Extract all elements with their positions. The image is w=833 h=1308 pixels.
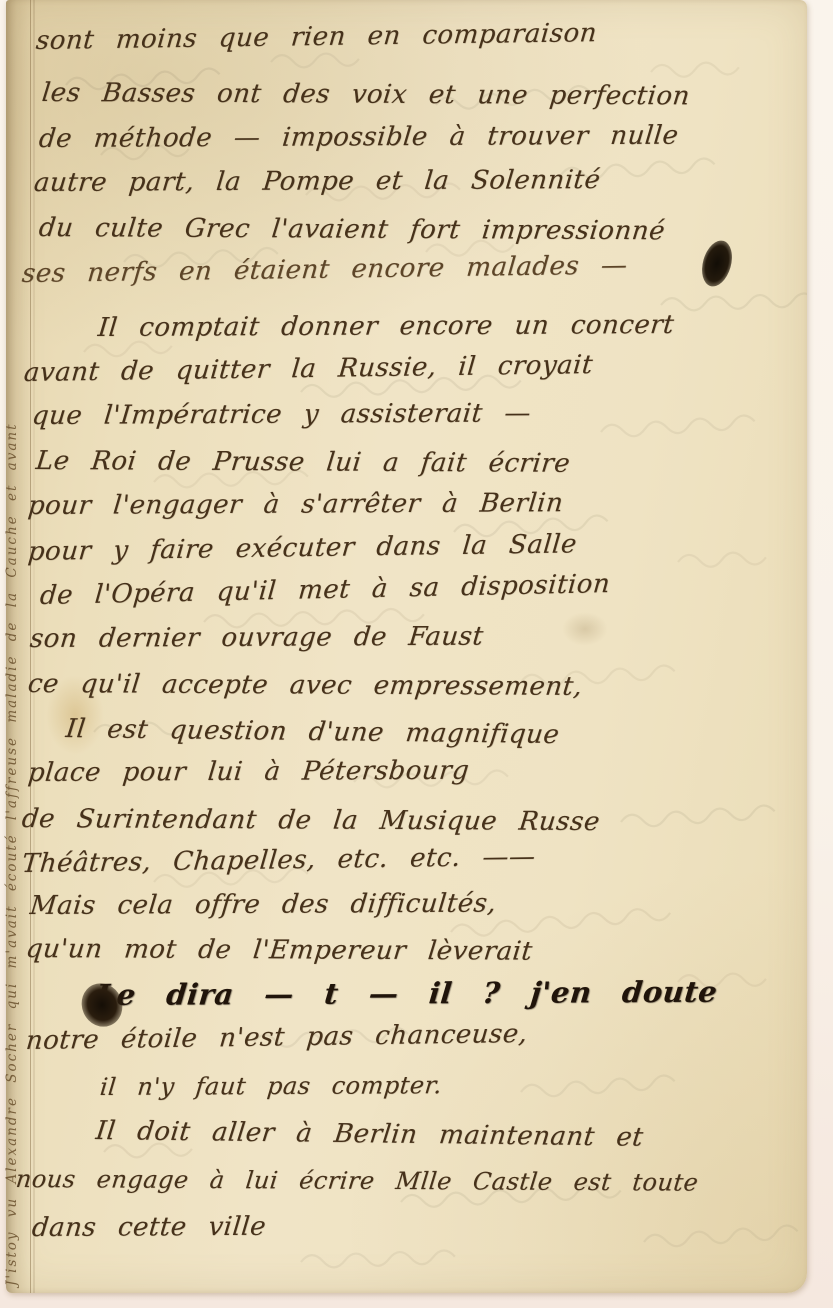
ink-blot bbox=[697, 237, 737, 290]
handwritten-line: de Surintendant de la Musique Russe bbox=[20, 804, 601, 837]
manuscript-scan: sont moins que rien en comparaison les B… bbox=[0, 0, 833, 1308]
handwritten-line: ce qu'il accepte avec empressement, bbox=[26, 669, 584, 702]
handwritten-line: nous engage à lui écrire Mlle Castle est… bbox=[14, 1165, 699, 1197]
handwritten-line: qu'un mot de l'Empereur lèverait bbox=[24, 934, 534, 967]
handwritten-line: Théâtres, Chapelles, etc. etc. —— bbox=[21, 842, 537, 879]
paper-stain bbox=[562, 612, 608, 646]
handwritten-line: dans cette ville bbox=[31, 1212, 268, 1243]
handwritten-line: place pour lui à Pétersbourg bbox=[27, 756, 471, 788]
handwritten-line: Il est question d'une magnifique bbox=[64, 714, 561, 750]
handwritten-line: pour l'engager à s'arrêter à Berlin bbox=[27, 488, 565, 521]
handwritten-line: pour y faire exécuter dans la Salle bbox=[27, 529, 579, 567]
handwritten-line: son dernier ouvrage de Faust bbox=[29, 622, 486, 654]
handwritten-line: du culte Grec l'avaient fort impressionn… bbox=[37, 213, 666, 246]
handwritten-line: Mais cela offre des difficultés, bbox=[29, 889, 498, 921]
handwritten-line: de méthode — impossible à trouver nulle bbox=[38, 121, 680, 154]
letter-page: sont moins que rien en comparaison les B… bbox=[6, 0, 807, 1293]
handwritten-line: Le Roi de Prusse lui a fait écrire bbox=[34, 446, 571, 479]
handwritten-line-overwritten: Le dira — t — il ? j'en doute bbox=[94, 975, 719, 1012]
handwritten-line: que l'Impératrice y assisterait — bbox=[31, 398, 533, 431]
handwritten-line: il n'y faut pas compter. bbox=[99, 1071, 444, 1101]
handwritten-line: Il comptait donner encore un concert bbox=[97, 310, 676, 343]
handwritten-line: de l'Opéra qu'il met à sa disposition bbox=[39, 569, 612, 611]
handwritten-line: les Basses ont des voix et une perfectio… bbox=[40, 78, 691, 111]
handwritten-line: ses nerfs en étaient encore malades — bbox=[21, 251, 629, 289]
handwritten-line: Il doit aller à Berlin maintenant et bbox=[94, 1116, 645, 1153]
handwritten-line: sont moins que rien en comparaison bbox=[35, 18, 599, 56]
handwritten-line: avant de quitter la Russie, il croyait bbox=[23, 350, 595, 388]
handwritten-line: autre part, la Pompe et la Solennité bbox=[33, 165, 602, 198]
margin-note: J'istoy vu Alexandre Socher qui m'avait … bbox=[4, 36, 20, 1286]
